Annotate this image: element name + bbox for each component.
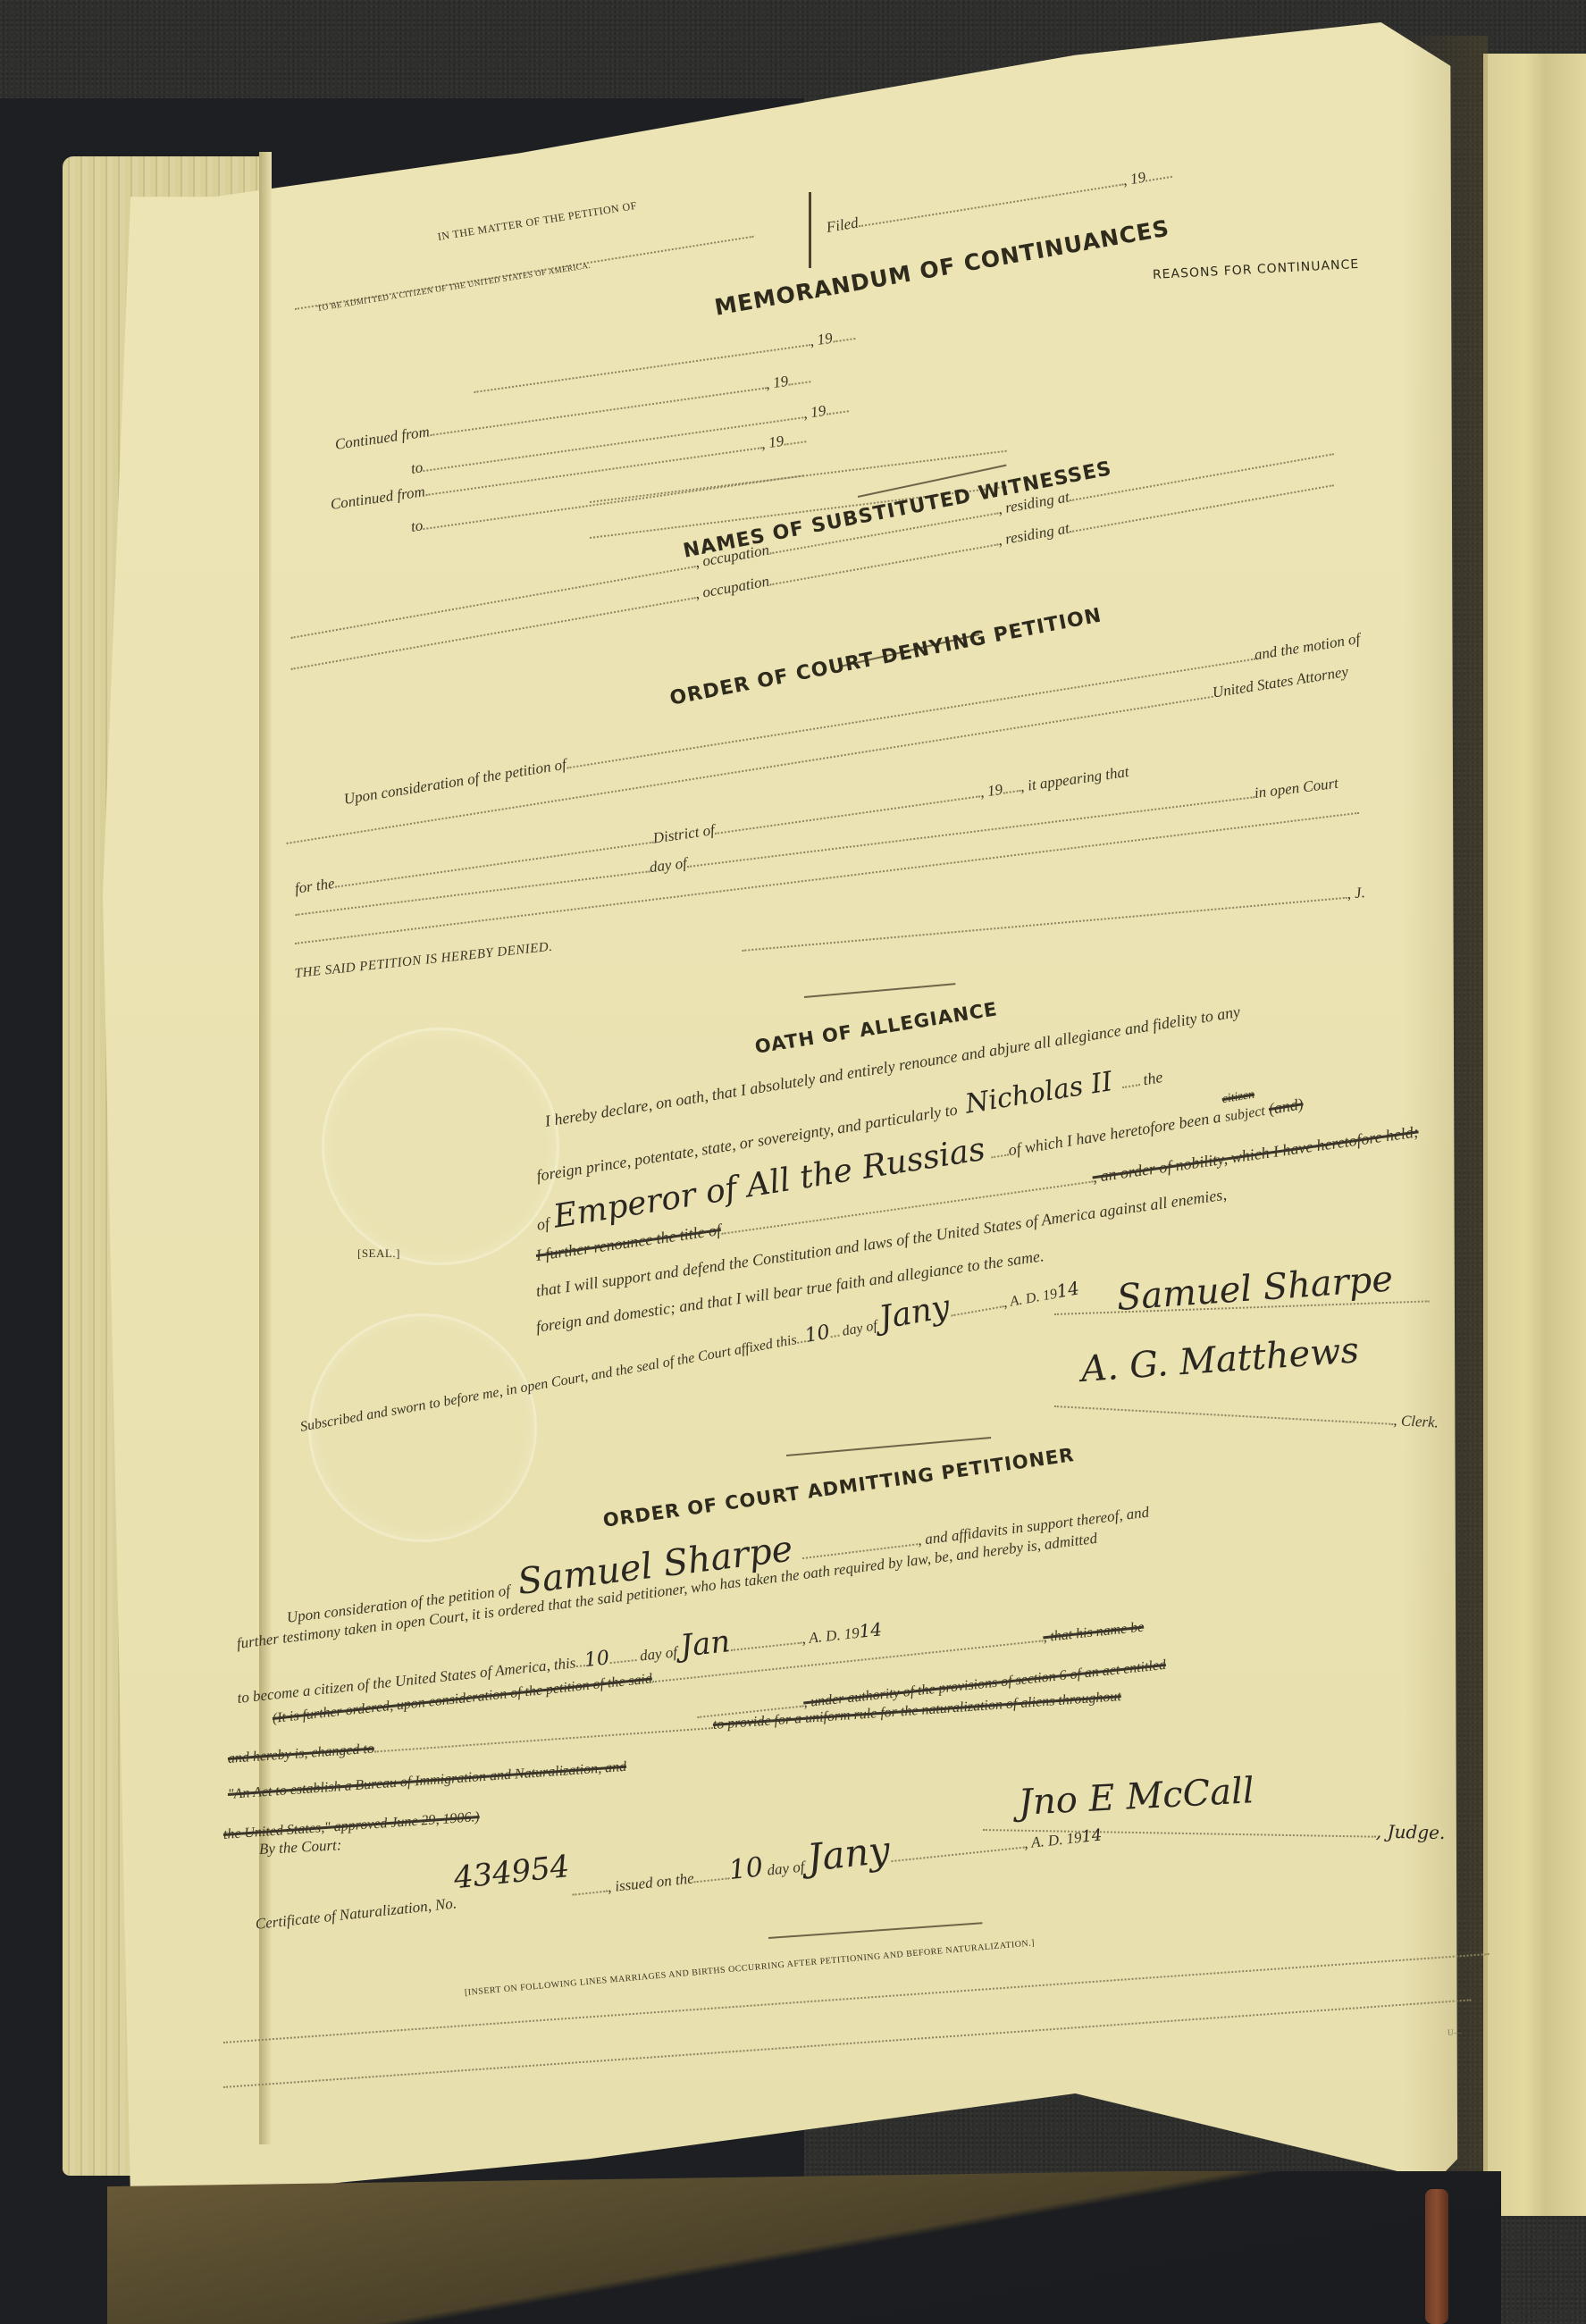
- and-struck-text: (and): [1267, 1095, 1305, 1118]
- by-court-label: By the Court:: [258, 1836, 341, 1858]
- clerk-label: , Clerk.: [1393, 1412, 1439, 1431]
- admit-citizen-label: To be admitted a citizen of the United S…: [316, 261, 591, 313]
- motion-of-label: and the motion of: [1253, 630, 1361, 663]
- ad-label: , A. D. 19: [1002, 1287, 1058, 1311]
- judge-label: , Judge.: [1376, 1821, 1446, 1843]
- issued-month: Jany: [805, 1827, 892, 1879]
- year-label: , 19: [978, 781, 1003, 801]
- struck-text: the United States," approved June 29, 19…: [222, 1809, 480, 1842]
- us-attorney-label: United States Attorney: [1212, 663, 1350, 701]
- subject-text: subject: [1224, 1103, 1266, 1125]
- occupation-label: , occupation: [693, 573, 770, 602]
- struck-text: , that his name be: [1043, 1620, 1145, 1646]
- ad-label: , A. D. 19: [801, 1624, 860, 1648]
- denying-reason-line[interactable]: [295, 812, 1359, 944]
- continued-from-label: Continued from: [330, 482, 426, 513]
- ribbon-bookmark: [1425, 2189, 1448, 2324]
- judge-line[interactable]: , J.: [741, 884, 1365, 956]
- filed-year-label: , 19: [1121, 169, 1146, 189]
- section-divider: [768, 1922, 983, 1939]
- struck-text: "An Act to establish a Bureau of Immigra…: [227, 1759, 626, 1802]
- for-the-label: for the: [294, 875, 336, 897]
- clerk-line[interactable]: , Clerk.: [1053, 1394, 1439, 1432]
- clerk-signature: A. G. Matthews: [1079, 1330, 1360, 1390]
- sworn-month: Jany: [877, 1288, 952, 1337]
- admit-year: 14: [858, 1618, 883, 1642]
- sworn-text: Subscribed and sworn to before me, in op…: [299, 1332, 798, 1435]
- marriages-births-line[interactable]: [223, 1953, 1489, 2043]
- in-open-court-label: in open Court: [1254, 775, 1339, 801]
- struck-clause-line-3: and hereby is, changed toto provide for …: [227, 1689, 1121, 1767]
- petition-denied-text: THE SAID PETITION IS HEREBY DENIED.: [294, 940, 553, 982]
- sworn-day: 10: [803, 1321, 832, 1347]
- continued-from-label: Continued from: [334, 423, 431, 453]
- struck-text: and hereby is, changed to: [227, 1741, 374, 1766]
- struck-clause-line-4: "An Act to establish a Bureau of Immigra…: [227, 1759, 626, 1803]
- admit-month: Jan: [678, 1623, 732, 1665]
- section-divider: [786, 1437, 991, 1456]
- sworn-year: 14: [1054, 1277, 1080, 1302]
- to-label: to: [410, 516, 424, 535]
- memorandum-title: MEMORANDUM OF CONTINUANCES: [712, 215, 1171, 321]
- certificate-number: 434954: [452, 1849, 571, 1896]
- ad-label: , A. D. 19: [1023, 1829, 1082, 1852]
- residing-label: , residing at: [996, 519, 1070, 549]
- district-label: District of: [652, 821, 716, 846]
- seal-label: [SEAL.]: [357, 1246, 400, 1261]
- book-bottom-edge: [107, 2171, 1501, 2324]
- appearing-label: , it appearing that: [1019, 763, 1129, 795]
- form-code: U—: [1448, 2028, 1463, 2037]
- marriages-births-line[interactable]: [223, 1999, 1472, 2088]
- denying-day-line[interactable]: day ofin open Court: [294, 775, 1339, 920]
- issued-year: 14: [1080, 1825, 1103, 1846]
- day-of-label: day of: [649, 854, 688, 876]
- year-label: , 19: [759, 432, 785, 452]
- day-of-label: day of: [639, 1643, 678, 1664]
- header-bracket: [809, 192, 811, 268]
- insert-note: [Insert on following lines marriages and…: [465, 1938, 1036, 1998]
- day-of-label: day of: [767, 1858, 806, 1878]
- the-text: the: [1142, 1068, 1164, 1088]
- sworn-line: Subscribed and sworn to before me, in op…: [296, 1266, 1081, 1439]
- certificate-label: Certificate of Naturalization, No.: [255, 1894, 457, 1933]
- day-of-label: day of: [841, 1318, 878, 1339]
- judge-abbrev-label: , J.: [1347, 884, 1366, 902]
- admit-day: 10: [583, 1647, 610, 1672]
- year-label: , 19: [809, 330, 834, 349]
- issued-day: 10: [727, 1851, 765, 1886]
- issued-label: , issued on the: [607, 1869, 695, 1895]
- year-label: , 19: [802, 402, 827, 422]
- struck-clause-line-5: the United States," approved June 29, 19…: [222, 1809, 480, 1843]
- to-label: to: [410, 458, 424, 477]
- witness-row-2[interactable]: , occupation, residing at: [289, 473, 1335, 674]
- reasons-for-continuance-label: REASONS FOR CONTINUANCE: [1153, 257, 1360, 282]
- heretofore-text: of which I have heretofore been a: [1007, 1108, 1222, 1159]
- year-label: , 19: [764, 373, 789, 392]
- form-content: In the matter of the petition of Filed, …: [0, 0, 1586, 2324]
- citizen-struck-text: citizen: [1221, 1088, 1256, 1108]
- petition-of-label: In the matter of the petition of: [437, 199, 638, 244]
- filed-label: Filed: [825, 214, 859, 236]
- section-divider: [804, 983, 956, 998]
